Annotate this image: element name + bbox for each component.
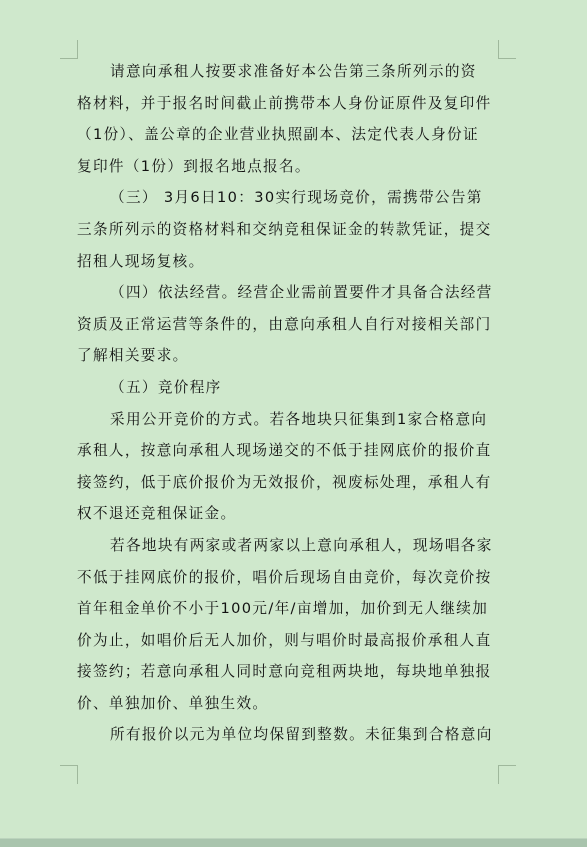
text-line: 首年租金单价不小于100元/年/亩增加，加价到无人继续加 <box>77 593 495 625</box>
paragraph-section-3-onsite-bidding: （三） 3月6日10：30实行现场竞价，需携带公告第 三条所列示的资格材料和交纳… <box>77 182 495 277</box>
paragraph-registration-materials: 请意向承租人按要求准备好本公告第三条所列示的资 格材料，并于报名时间截止前携带本… <box>77 56 495 182</box>
text-line: 若各地块有两家或者两家以上意向承租人，现场唱各家 <box>77 530 495 562</box>
text-line: 接签约，低于底价报价为无效报价，视废标处理，承租人有 <box>77 467 495 499</box>
text-line: （三） 3月6日10：30实行现场竞价，需携带公告第 <box>77 182 495 214</box>
text-line: 采用公开竞价的方式。若各地块只征集到1家合格意向 <box>77 404 495 436</box>
text-line: 所有报价以元为单位均保留到整数。未征集到合格意向 <box>77 719 495 751</box>
text-line: 了解相关要求。 <box>77 340 495 372</box>
text-line: 复印件（1份）到报名地点报名。 <box>77 151 495 183</box>
text-line: 价为止，如唱价后无人加价，则与唱价时最高报价承租人直 <box>77 625 495 657</box>
top-left-margin-mark <box>60 40 78 59</box>
text-line: （1份）、盖公章的企业营业执照副本、法定代表人身份证 <box>77 119 495 151</box>
text-line: 三条所列示的资格材料和交纳竞租保证金的转款凭证，提交 <box>77 214 495 246</box>
paragraph-section-4-legal-operation: （四）依法经营。经营企业需前置要件才具备合法经营 资质及正常运营等条件的，由意向… <box>77 277 495 372</box>
bottom-left-margin-mark <box>60 765 78 784</box>
text-line: （五）竞价程序 <box>77 372 495 404</box>
text-line: 承租人，按意向承租人现场递交的不低于挂网底价的报价直 <box>77 435 495 467</box>
text-line: 权不退还竞租保证金。 <box>77 498 495 530</box>
text-line: （四）依法经营。经营企业需前置要件才具备合法经营 <box>77 277 495 309</box>
text-line: 价、单独加价、单独生效。 <box>77 688 495 720</box>
text-line: 不低于挂网底价的报价，唱价后现场自由竞价，每次竞价按 <box>77 562 495 594</box>
text-line: 资质及正常运营等条件的，由意向承租人自行对接相关部门 <box>77 309 495 341</box>
text-line: 招租人现场复核。 <box>77 246 495 278</box>
paragraph-multiple-bidders: 若各地块有两家或者两家以上意向承租人，现场唱各家 不低于挂网底价的报价，唱价后现… <box>77 530 495 720</box>
bottom-status-strip <box>0 838 587 847</box>
document-body[interactable]: 请意向承租人按要求准备好本公告第三条所列示的资 格材料，并于报名时间截止前携带本… <box>77 56 495 751</box>
bottom-right-margin-mark <box>498 765 516 784</box>
text-line: 接签约；若意向承租人同时意向竞租两块地，每块地单独报 <box>77 656 495 688</box>
heading-section-5-bidding-procedure: （五）竞价程序 <box>77 372 495 404</box>
text-line: 请意向承租人按要求准备好本公告第三条所列示的资 <box>77 56 495 88</box>
paragraph-price-rounding: 所有报价以元为单位均保留到整数。未征集到合格意向 <box>77 719 495 751</box>
document-page: 请意向承租人按要求准备好本公告第三条所列示的资 格材料，并于报名时间截止前携带本… <box>0 0 587 838</box>
top-right-margin-mark <box>498 40 516 59</box>
paragraph-single-bidder: 采用公开竞价的方式。若各地块只征集到1家合格意向 承租人，按意向承租人现场递交的… <box>77 404 495 530</box>
text-line: 格材料，并于报名时间截止前携带本人身份证原件及复印件 <box>77 88 495 120</box>
